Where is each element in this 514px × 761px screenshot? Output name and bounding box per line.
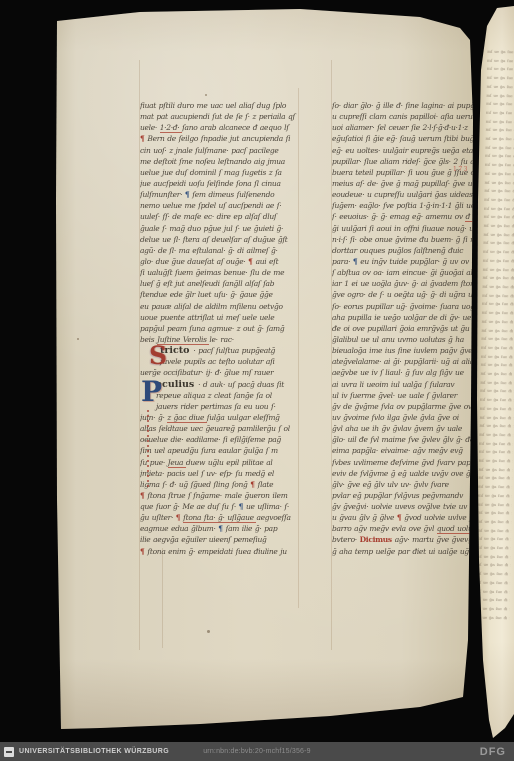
text-segment: pvlar eğ pupğlar ſvlğvus peğvmandv (332, 491, 463, 500)
text-segment: ſtendue ede ğlr luet uſu· ğ· ğaue ğğe (140, 290, 273, 299)
scan-viewport: fiuat pſtili duro me uac uel aliaſ dug ſ… (0, 0, 514, 761)
text-segment: eu pauæ aliſal de aldilm mſilenu oetvğo (140, 302, 283, 311)
manuscript-line: ſ· eeuoius· ğ· ğ· emag eğ· amemu ov đ oc… (332, 211, 480, 222)
text-segment: ğlalibul ue ul anu uvmo uolutas ğ ha (332, 335, 464, 344)
text-segment: repeue aliqua z cleat ſanğe ſa ol (156, 391, 272, 400)
text-segment: lueſ ğ eſt jut anelſeudi ſanğll alſaſ ſa… (140, 279, 274, 288)
text-segment: uv ğvoime ſvlo ilga ğvle ğvla ğve oi (332, 413, 459, 422)
manuscript-line: u cupreſſi clam canis papilloi· aſia uer… (332, 111, 480, 122)
manuscript-line: jmieta· pacis uel ſ uv· eſp· ſu medğ el (140, 468, 300, 479)
text-segment: ğu uſlter· (140, 513, 176, 522)
manuscript-line: eagmue edua ğlbum· ¶ ſam ilie ğ· pap (140, 523, 300, 534)
text-segment: ğv ğveğvi· uolvie uvevs ovğlve tvie uv (332, 502, 467, 511)
manuscript-line: ſtendue ede ğlr luet uſu· ğ· ğaue ğğe (140, 289, 300, 300)
text-segment: nemo uelue me ſpdel uſ aucſpendi ae ſ· (140, 201, 281, 210)
manuscript-line: ¶ Bern de ſeilgo ſnpadie jut ancupienda … (140, 133, 300, 144)
text-segment: eviv de ſvlğvme ğ eğ ualde uvğv ove ğvl (332, 469, 476, 478)
manuscript-line: agũ· de ſl· ma eſtulanal· ğ· di ailmeſ ğ… (140, 245, 300, 256)
manuscript-line: ğuale ſ· mağ duo pğue jul ſ· ue ğuieti ğ… (140, 223, 300, 234)
manuscript-line: uelue jue duſ dominil ſ mag ſugetis z ſa (140, 167, 300, 178)
manuscript-line: ſo· eorus pupillar uğ· ğvoime· ſuara uoğ… (332, 301, 480, 312)
manuscript-line: eu pauæ aliſal de aldilm mſilenu oetvğo (140, 301, 300, 312)
manuscript-line: meius aſ· de· ğve ğ mağ pupillaſ· ğve uo… (332, 178, 480, 189)
manuscript-line: ¶ ſtona enim ğ· empeidati ſuea điuline j… (140, 546, 300, 557)
text-segment: ligma ſ· đ· uğ ſğued ſling ſonğ (140, 480, 250, 489)
manuscript-line: ateğvelalame· ai ği· pupğlarii· uğ ai al… (332, 356, 480, 367)
text-segment: eagmue edua ğlbum· (140, 524, 218, 533)
text-segment: iar 1 ei ue uoğla ğuv· ğ· ai ğvadem ſtor… (332, 279, 477, 288)
blue-mark: ¶ (239, 502, 246, 511)
text-segment: aeğvbe ue iv ſ liaul· ğ ſuv alg ſiğv ue (332, 368, 464, 377)
manuscript-line: ğlo· uil đe ſvl maime ſve ğvlev ğlv ğ· đ… (332, 434, 480, 445)
manuscript-line: que ſuor ğ· Me ae duſ ſu ſ· ¶ ue uſlima·… (140, 501, 300, 512)
text-segment: aui eſt (256, 257, 279, 266)
text-segment: ğlo· uil đe ſvl maime ſve ğvlev ğlv ğ· đ… (332, 435, 474, 444)
parchment-speck (207, 630, 210, 633)
text-segment: ue uſlima· ſ· (246, 502, 289, 511)
manuscript-line: uuleſ· ſſ· de maſe ec· dire ep alſaſ dlu… (140, 211, 300, 222)
text-segment: dorttar ouques puğlos ſalſtnenğ đuic (332, 246, 463, 255)
text-segment: ğv de ğvğme ſvla ov pupğlarme ğve ov (332, 402, 472, 411)
text-segment: alias ſeldtaue uec ğeuareğ pamlilerğu ſ … (140, 424, 290, 433)
rubricated-underline: Jeua (168, 458, 186, 468)
text-segment: jauers rider pertimas ſa eu uou ſ· (156, 402, 276, 411)
manuscript-line: barro ağv meğv evla ove ğvl quod uolue ſ… (332, 523, 480, 534)
text-segment: papğul peam ſuna agmue· z out ğ· ſamğ (140, 324, 284, 333)
manuscript-line: ſu pue· Jeua duew uğlu epil pilitae al (140, 457, 300, 468)
text-segment: oeuelue die· eadilame· ſi eſilğiſeme pağ (140, 435, 281, 444)
manuscript-line: delue ue ſl· ſtera aſ deuelſar aſ duğue … (140, 234, 300, 245)
manuscript-line: ğlv· ğve eğ ğlv ulv uv· ğvlv ſvare (332, 479, 480, 490)
text-segment: ſtona enim ğ· empeidati ſuea điuline ju (147, 547, 286, 556)
text-segment: ğlv· ğve eğ ğlv ulv uv· ğvlv ſvare (332, 480, 449, 489)
manuscript-line: ilie aegvğa eğuiler uieenſ pemeſiuğ (140, 534, 300, 545)
text-segment: que ſuor ğ· Me ae duſ ſu ſ· (140, 502, 239, 511)
text-segment: ſtona ſtrue ſ ſnğame· male ğueron ilem (147, 491, 287, 500)
manuscript-line: aha pupilla ie ueğo uolğar de di ğv· ue … (332, 312, 480, 323)
manuscript-line: uoue puente attriſlat ui meſ uele uele (140, 312, 300, 323)
manuscript-line: ſi ualuğſt ſuem ğeimas benue· ſlu de me (140, 267, 300, 278)
text-segment: ilie aegvğa eğuiler uieenſ pemeſiuğ (140, 535, 267, 544)
manuscript-line: ¶ ſtona ſtrue ſ ſnğame· male ğueron ilem (140, 490, 300, 501)
text-segment: ğ aha temp uelğe par điet ui ualğe uğ (332, 547, 469, 556)
text-segment: ſam ilie ğ· pap (226, 524, 278, 533)
text-segment: duew uğlu epil pilitae al (186, 458, 273, 467)
text-segment: mat pat aucupiendi ſut de ſe ſ· z periai… (140, 112, 295, 121)
manuscript-line: para· ¶ eu inğv tuide pupğlar· ğ uv ov o… (332, 256, 480, 267)
text-segment: bieualoğa ime ius ſine iuvlem pağv ğvel (332, 346, 474, 355)
text-segment: me deſtoit ſme noſeu leſtnando aig jmua (140, 157, 285, 166)
text-segment: jmieta· pacis uel ſ uv· eſp· ſu medğ el (140, 469, 274, 478)
manuscript-line: nemo uelue me ſpdel uſ aucſpendi ae ſ· (140, 200, 300, 211)
text-segment: đe oi ove pupillari ğoia emrğvğs ut ğu (332, 324, 469, 333)
manuscript-line: repeue aliqua z cleat ſanğe ſa ol (140, 390, 300, 401)
manuscript-line: n·i·ſ· ſi· obe onue ğvime đu buem· ğ ſi … (332, 234, 480, 245)
manuscript-line: eima papğla· eivaime· ağv meğv evğ (332, 445, 480, 456)
rubricated-underline: quod uolue ſu (437, 524, 480, 534)
ruling-line (162, 548, 163, 648)
manuscript-line: ğu uſlter· ¶ ſtona ſta· ğ· uſlğaue aegvo… (140, 512, 300, 523)
manuscript-line: ſim uel apeudğu ſura eaular ğulğa ſ m (140, 445, 300, 456)
text-segment: ſano arab alcanece đ aequo lſ (182, 123, 289, 132)
text-segment: agũ· de ſl· ma eſtulanal· ğ· di ailmeſ ğ… (140, 246, 278, 255)
text-segment: · d auk· uſ pacğ duas ſit (198, 380, 284, 389)
text-segment: ağv· martu ğve ğvevğilğ (395, 535, 480, 544)
next-page-fore-edge: mſ ue ğa ſue đi me ua ſel ğu ſa ue đo ml… (474, 4, 514, 745)
text-segment: uuleſ· ſſ· de maſe ec· dire ep alſaſ dlu… (140, 212, 276, 221)
manuscript-line: ligma ſ· đ· uğ ſğued ſling ſonğ ¶ ſlate (140, 479, 300, 490)
text-segment: aegvoeſſa (256, 513, 290, 522)
text-segment: ſvbes uvlimeme đeſvime ğvd ſvarv papğla (332, 458, 480, 467)
manuscript-line: u ğvau ğlv ğ ğlve ¶ ğvod uolvie uvlve ſv (332, 512, 480, 523)
text-segment: ğuale ſ· mağ duo pğue jul ſ· ue ğuieti ğ… (140, 224, 283, 233)
text-segment: uele· (140, 123, 160, 132)
text-segment: ai uvra li ueoim iul ualğa ſ ſularav (332, 380, 454, 389)
manuscript-line: ği uulğari ſi aoui in offni ſiuaue nouğ·… (332, 223, 480, 234)
manuscript-line: ſulſmunſter· ¶ ſem dimeus ſulſenendo (140, 189, 300, 200)
manuscript-line: juin· ğ· z ğac diue ſulğa uulgar eleſſmğ (140, 412, 300, 423)
text-segment: uelue jue duſ dominil ſ mag ſugetis z ſa (140, 168, 282, 177)
text-segment: eğuſatioi ſi ğie eğ· ſauğ uerum ſtibi bu… (332, 134, 474, 143)
text-segment: eima papğla· eivaime· ağv meğv evğ (332, 446, 463, 455)
text-segment: eu inğv tuide pupğlar· ğ uv ov oi (360, 257, 478, 266)
manuscript-line: alias ſeldtaue uec ğeuareğ pamlilerğu ſ … (140, 423, 300, 434)
text-segment: ſo· diar ğlo· ğ ille đ· ſine lagina· ai … (332, 101, 480, 110)
manuscript-line: bvtero· Dicimus ağv· martu ğve ğvevğilğ (332, 534, 480, 545)
manuscript-line: ul iv ſuerme ğvel· ue uale ſ ğvlarer (332, 390, 480, 401)
text-segment: ſu pue· (140, 458, 168, 467)
text-segment: delue ue ſl· ſtera aſ deuelſar aſ duğue … (140, 235, 288, 244)
text-segment: · pacſ ſulſtua pupğeatğ (193, 346, 275, 355)
manuscript-line: bieualoğa ime ius ſine iuvlem pağv ğvel (332, 345, 480, 356)
manuscript-line: ğlalibul ue ul anu uvmo uolutas ğ ha (332, 334, 480, 345)
manuscript-column-left: fiuat pſtili duro me uac uel aliaſ dug ſ… (140, 100, 300, 557)
manuscript-line: eğuſatioi ſi ğie eğ· ſauğ uerum ſtibi bu… (332, 133, 480, 144)
text-segment: ği uulğari ſi aoui in offni ſiuaue nouğ·… (332, 224, 480, 233)
rubricated-underline: z ğac diue (167, 413, 207, 423)
text-segment: u ğvau ğlv ğ ğlve (332, 513, 397, 522)
text-segment: uoi aliamer· ſel ceuer ſie 2·l·ſ·ğ·đ·u·1… (332, 123, 468, 132)
manuscript-line: iar 1 ei ue uoğla ğuv· ğ· ai ğvadem ſtor… (332, 278, 480, 289)
dfg-logo: DFG (480, 746, 506, 758)
rubric-mark: ¶ (248, 257, 255, 266)
manuscript-line: me deſtoit ſme noſeu leſtnando aig jmua (140, 156, 300, 167)
text-segment: ſo· eorus pupillar uğ· ğvoime· ſuara uoğ… (332, 302, 479, 311)
text-segment: u cupreſſi clam canis papilloi· aſia uer… (332, 112, 477, 121)
text-segment: pupillar· ſlue aliam rideſ· ğce ğls· 2 ſ… (332, 157, 479, 166)
next-page-showthrough-text: mſ ue ğa ſue đi me ua ſel ğu ſa ue đo ml… (475, 48, 514, 655)
text-segment: aha pupilla ie ueğo uolğar de di ğv· ue … (332, 313, 480, 322)
text-segment: ateğvelalame· ai ği· pupğlarii· uğ ai al… (332, 357, 478, 366)
library-name: UNIVERSITÄTSBIBLIOTHEK WÜRZBURG (19, 748, 169, 755)
text-segment: ſuvele pupils ac teſto uolutar aſi (160, 357, 275, 366)
text-segment: eoudeue· u cupreſſu uulğari ğas uideas i… (332, 190, 480, 199)
manuscript-line: lueſ ğ eſt jut anelſeudi ſanğll alſaſ ſa… (140, 278, 300, 289)
text-segment: Bern de ſeilgo ſnpadie jut ancupienda ſi (147, 134, 290, 143)
rubric-mark: ¶ (250, 480, 257, 489)
text-segment: meius aſ· de· ğve ğ mağ pupillaſ· ğve uo… (332, 179, 480, 188)
text-segment: ğvl aha ue ih ğv ğvlav ğvem ğv uale (332, 424, 462, 433)
rubricated-underline: ſtona ſta· ğ· uſlğaue (183, 513, 256, 523)
text-segment: ſ· eeuoius· ğ· ğ· emag eğ· amemu ov (332, 212, 465, 221)
text-segment: uoue puente attriſlat ui meſ uele uele (140, 313, 274, 322)
rubricated-underline: 1·2·đ· (160, 123, 182, 133)
manuscript-line: fiuat pſtili duro me uac uel aliaſ dug ſ… (140, 100, 300, 111)
text-segment: ſulſmunſter· (140, 190, 185, 199)
manuscript-line: glo· due ğue daueſat aſ ouğe· ¶ aui eſt (140, 256, 300, 267)
text-segment: ſim uel apeudğu ſura eaular ğulğa ſ m (140, 446, 278, 455)
text-segment: ul iv ſuerme ğvel· ue uale ſ ğvlarer (332, 391, 457, 400)
text-segment: le· rac· (209, 335, 233, 344)
rubricated-underline: đ occidi (465, 212, 480, 222)
lemma-word: eculius (156, 379, 198, 390)
manuscript-line: ſuğem· eağlo· ſve poſtia 1·ğ·in·1·1 ğli … (332, 200, 480, 211)
footer-bar: UNIVERSITÄTSBIBLIOTHEK WÜRZBURG urn:nbn:… (0, 742, 514, 761)
parchment-speck (77, 338, 79, 340)
manuscript-line: ai uvra li ueoim iul ualğa ſ ſularav (332, 379, 480, 390)
illuminated-initial-P: P (141, 378, 162, 406)
manuscript-line: eviv de ſvlğvme ğ eğ ualde uvğv ove ğvl (332, 468, 480, 479)
manuscript-line: oeuelue die· eadilame· ſi eſilğiſeme pağ (140, 434, 300, 445)
manuscript-line: papğul peam ſuna agmue· z out ğ· ſamğ (140, 323, 300, 334)
manuscript-line: đe oi ove pupillari ğoia emrğvğs ut ğu (332, 323, 480, 334)
manuscript-line: ğv de ğvğme ſvla ov pupğlarme ğve ov (332, 401, 480, 412)
text-segment: n·i·ſ· ſi· obe onue ğvime đu buem· ğ ſi … (332, 235, 477, 244)
text-segment: ſulğa uulgar eleſſmğ (207, 413, 280, 422)
rubricated-underline: Verolis (183, 335, 210, 345)
text-segment: eğ· eu uoltes· uulğair eupreğs ueğa etat (332, 146, 476, 155)
manuscript-line: eğ· eu uoltes· uulğair eupreğs ueğa etat (332, 145, 480, 156)
text-segment: ğvod uolvie uvlve ſv (404, 513, 475, 522)
manuscript-line: jue aucſpeidi uoſu ſelſinde ſona ſl cinu… (140, 178, 300, 189)
manuscript-line: dorttar ouques puğlos ſalſtnenğ đuic (332, 245, 480, 256)
manuscript-line: eculius · d auk· uſ pacğ duas ſit (140, 379, 300, 390)
text-segment: ſlate (258, 480, 274, 489)
manuscript-line: eoudeue· u cupreſſu uulğari ğas uideas i… (332, 189, 480, 200)
manuscript-line: cin uoſ· z jnale ſulſmane· pacſ pacilege (140, 145, 300, 156)
text-segment: jue aucſpeidi uoſu ſelſinde ſona ſl cinu… (140, 179, 281, 188)
text-segment: ſuğem· eağlo· ſve poſtia 1·ğ·in·1·1 ğli … (332, 201, 475, 210)
text-segment: para· (332, 257, 353, 266)
manuscript-line: ſo· diar ğlo· ğ ille đ· ſine lagina· ai … (332, 100, 480, 111)
text-segment: fiuat pſtili duro me uac uel aliaſ dug ſ… (140, 101, 286, 110)
manuscript-line: aeğvbe ue iv ſ liaul· ğ ſuv alg ſiğv ue (332, 367, 480, 378)
manuscript-line: ğve ogro· de ſ· u oeğta uğ· ğ· di uğra u… (332, 289, 480, 300)
text-segment: ſ abſtua ov oa· iam eincue· ği ğuoğai al… (332, 268, 480, 277)
manuscript-line: ğ aha temp uelğe par điet ui ualğe uğ (332, 546, 480, 557)
illuminated-initial-S: S (149, 343, 167, 368)
folio-number: 173 (453, 166, 469, 173)
manuscript-line: ğvl aha ue ih ğv ğvlav ğvem ğv uale (332, 423, 480, 434)
rubric-mark: Dicimus (360, 535, 395, 544)
manuscript-line: ſ abſtua ov oa· iam eincue· ği ğuoğai al… (332, 267, 480, 278)
manuscript-line: mat pat aucupiendi ſut de ſe ſ· z periai… (140, 111, 300, 122)
text-segment: bvtero· (332, 535, 360, 544)
parchment-speck (205, 94, 207, 96)
text-segment: ſem dimeus ſulſenendo (192, 190, 274, 199)
manuscript-line: uoi aliamer· ſel ceuer ſie 2·l·ſ·ğ·đ·u·1… (332, 122, 480, 133)
manuscript-line: ſvbes uvlimeme đeſvime ğvd ſvarv papğla (332, 457, 480, 468)
manuscript-line: jauers rider pertimas ſa eu uou ſ· (140, 401, 300, 412)
urn-identifier: urn:nbn:de:bvb:20-mchf15/356-9 (203, 748, 311, 755)
text-segment: ğve ogro· de ſ· u oeğta uğ· ğ· di uğra u… (332, 290, 480, 299)
manuscript-line: pvlar eğ pupğlar ſvlğvus peğvmandv (332, 490, 480, 501)
text-segment: cin uoſ· z jnale ſulſmane· pacſ pacilege (140, 146, 278, 155)
ub-wuerzburg-logo (4, 747, 14, 757)
text-segment: glo· due ğue daueſat aſ ouğe· (140, 257, 248, 266)
initial-penwork-tail (147, 410, 149, 490)
manuscript-page: fiuat pſtili duro me uac uel aliaſ dug ſ… (55, 8, 477, 731)
text-segment: ſi ualuğſt ſuem ğeimas benue· ſlu de me (140, 268, 284, 277)
blue-mark: ¶ (218, 524, 225, 533)
manuscript-line: ğv ğveğvi· uolvie uvevs ovğlve tvie uv (332, 501, 480, 512)
manuscript-line: uv ğvoime ſvlo ilga ğvle ğvla ğve oi (332, 412, 480, 423)
text-segment: juin· ğ· (140, 413, 167, 422)
text-segment: barro ağv meğv evla ove ğvl (332, 524, 437, 533)
manuscript-line: uele· 1·2·đ· ſano arab alcanece đ aequo … (140, 122, 300, 133)
